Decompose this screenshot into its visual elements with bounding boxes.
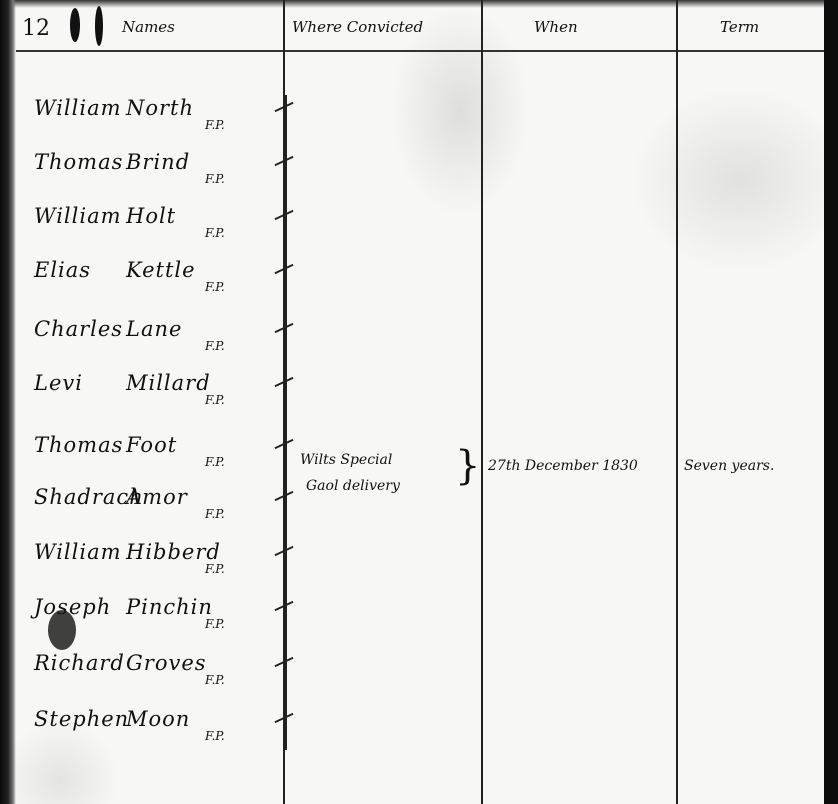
header-when: When	[534, 18, 578, 36]
header-term: Term	[720, 18, 759, 36]
surname: Kettle	[126, 258, 196, 282]
bracket-line	[285, 95, 287, 750]
given-name: Levi	[34, 371, 126, 395]
surname: North	[126, 96, 194, 120]
given-name: William	[34, 540, 126, 564]
ink-blot	[70, 8, 80, 42]
given-name: William	[34, 204, 126, 228]
fp-mark: F.P.	[205, 393, 225, 407]
surname: Pinchin	[126, 595, 213, 619]
surname: Groves	[126, 651, 207, 675]
convict-entry: ShadrachAmor	[34, 485, 188, 509]
ink-blot	[95, 6, 103, 46]
page-right-edge	[824, 0, 838, 804]
register-page: 12 Names Where Convicted When Term Wilts…	[0, 0, 838, 804]
given-name: Shadrach	[34, 485, 126, 509]
given-name: Elias	[34, 258, 126, 282]
convict-entry: ThomasBrind	[34, 150, 190, 174]
surname: Amor	[126, 485, 188, 509]
fp-mark: F.P.	[205, 455, 225, 469]
convict-entry: CharlesLane	[34, 317, 182, 341]
convict-entry: WilliamHibberd	[34, 540, 221, 564]
where-convicted-line1: Wilts Special	[300, 452, 392, 468]
surname: Foot	[126, 433, 177, 457]
convict-entry: WilliamHolt	[34, 204, 176, 228]
column-divider	[676, 0, 678, 804]
convict-entry: JosephPinchin	[34, 595, 213, 619]
surname: Moon	[126, 707, 190, 731]
fp-mark: F.P.	[205, 562, 225, 576]
book-binding	[0, 0, 16, 804]
convict-entry: ThomasFoot	[34, 433, 177, 457]
given-name: Thomas	[34, 433, 126, 457]
fp-mark: F.P.	[205, 729, 225, 743]
where-convicted-line2: Gaol delivery	[306, 478, 400, 494]
sentence-term: Seven years.	[684, 458, 774, 474]
fp-mark: F.P.	[205, 673, 225, 687]
surname: Millard	[126, 371, 211, 395]
convict-entry: EliasKettle	[34, 258, 196, 282]
convict-entry: WilliamNorth	[34, 96, 194, 120]
given-name: Stephen	[34, 707, 126, 731]
conviction-date: 27th December 1830	[488, 458, 638, 474]
surname: Lane	[126, 317, 182, 341]
surname: Holt	[126, 204, 176, 228]
header-names: Names	[122, 18, 175, 36]
page-number: 12	[22, 16, 50, 41]
page-top-shadow	[0, 0, 838, 8]
given-name: Richard	[34, 651, 126, 675]
given-name: Charles	[34, 317, 126, 341]
right-brace: }	[455, 446, 480, 486]
fp-mark: F.P.	[205, 617, 225, 631]
fp-mark: F.P.	[205, 172, 225, 186]
given-name: Joseph	[34, 595, 126, 619]
header-where-convicted: Where Convicted	[292, 18, 423, 36]
fp-mark: F.P.	[205, 118, 225, 132]
convict-entry: StephenMoon	[34, 707, 190, 731]
surname: Hibberd	[126, 540, 221, 564]
given-name: Thomas	[34, 150, 126, 174]
fp-mark: F.P.	[205, 226, 225, 240]
fp-mark: F.P.	[205, 507, 225, 521]
convict-entry: LeviMillard	[34, 371, 211, 395]
header-rule	[16, 50, 824, 52]
fp-mark: F.P.	[205, 280, 225, 294]
convict-entry: RichardGroves	[34, 651, 207, 675]
column-divider	[481, 0, 483, 804]
given-name: William	[34, 96, 126, 120]
surname: Brind	[126, 150, 190, 174]
fp-mark: F.P.	[205, 339, 225, 353]
